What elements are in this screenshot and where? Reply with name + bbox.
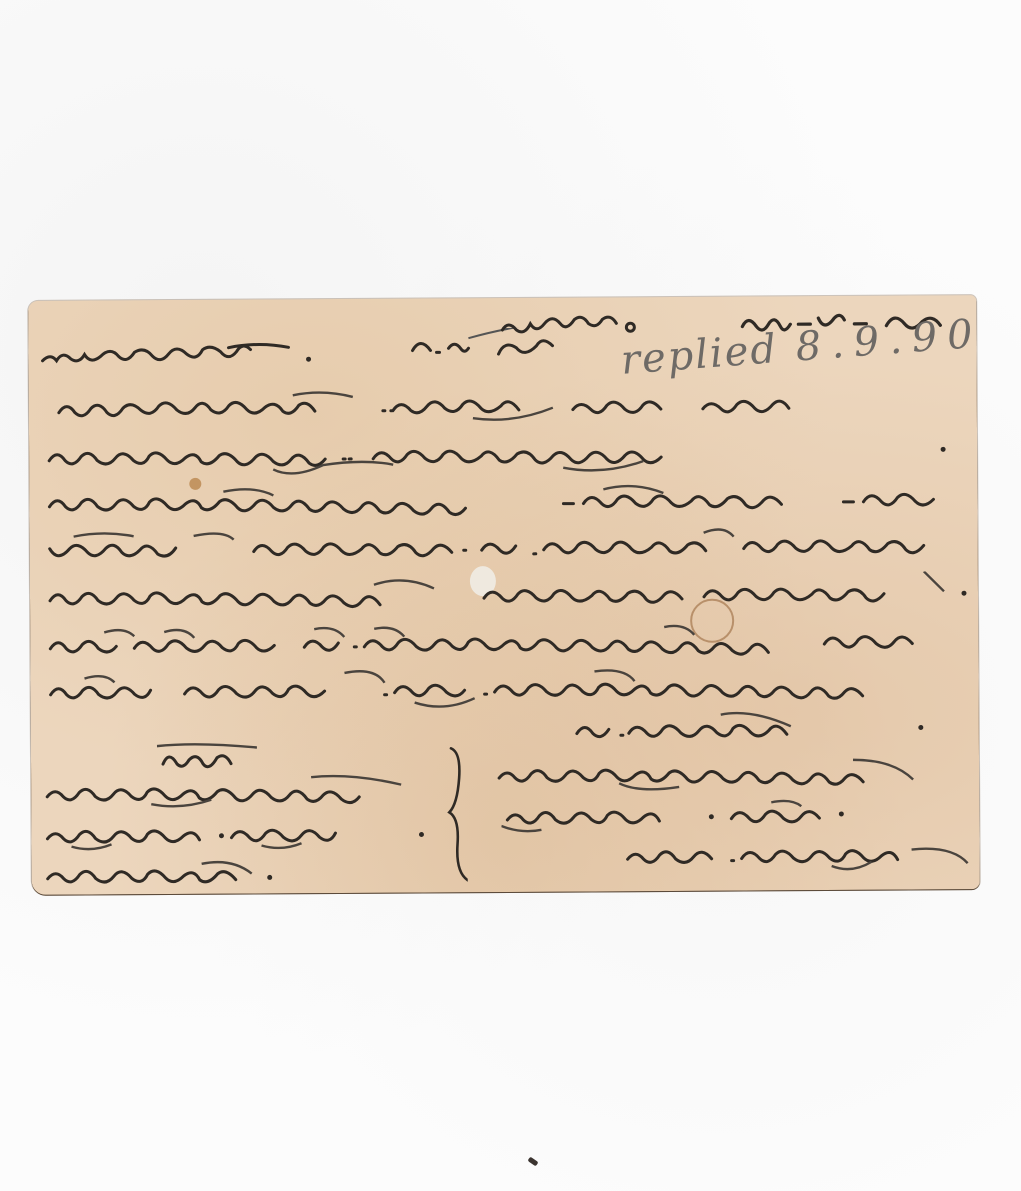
body-line-1: [Gujarati handwriting — body line 1] xyxy=(53,385,953,420)
left-address-line-1: [Gujarati handwriting — left address lin… xyxy=(41,773,411,805)
postcard: [Gujarati handwriting — opening line, to… xyxy=(28,295,980,895)
body-line-5: [Gujarati handwriting — body line 5] xyxy=(44,571,974,607)
right-address-line-1: [Gujarati handwriting — right address li… xyxy=(493,753,933,786)
body-line-7: [Gujarati handwriting — body line 7] xyxy=(44,665,974,701)
left-address-line-2: [Gujarati handwriting — left address lin… xyxy=(41,814,431,846)
body-line-6: [Gujarati handwriting — body line 6] xyxy=(44,619,974,655)
samvat-note: [Gujarati] સંવત ૧૯૪૦ xyxy=(498,311,638,344)
left-address-line-3: [Gujarati handwriting — left address lin… xyxy=(42,855,282,886)
left-block-heading: [Gujarati handwriting — short heading] xyxy=(157,739,267,770)
right-address-line-3: [Gujarati handwriting — right address li… xyxy=(621,835,971,867)
body-line-4: [Gujarati handwriting — body line 4] xyxy=(44,523,974,559)
reply-word: replied xyxy=(619,326,779,384)
right-address-line-2: [Gujarati handwriting — right address li… xyxy=(501,796,861,828)
salutation-line: [Gujarati handwriting — opening line, to… xyxy=(38,339,318,377)
closing-signature-line: [Gujarati handwriting — closing/signatur… xyxy=(571,709,931,741)
curly-brace xyxy=(445,746,468,882)
body-line-2: [Gujarati handwriting — body line 2] xyxy=(43,431,963,467)
body-line-3: [Gujarati handwriting — body line 3] xyxy=(43,477,963,513)
